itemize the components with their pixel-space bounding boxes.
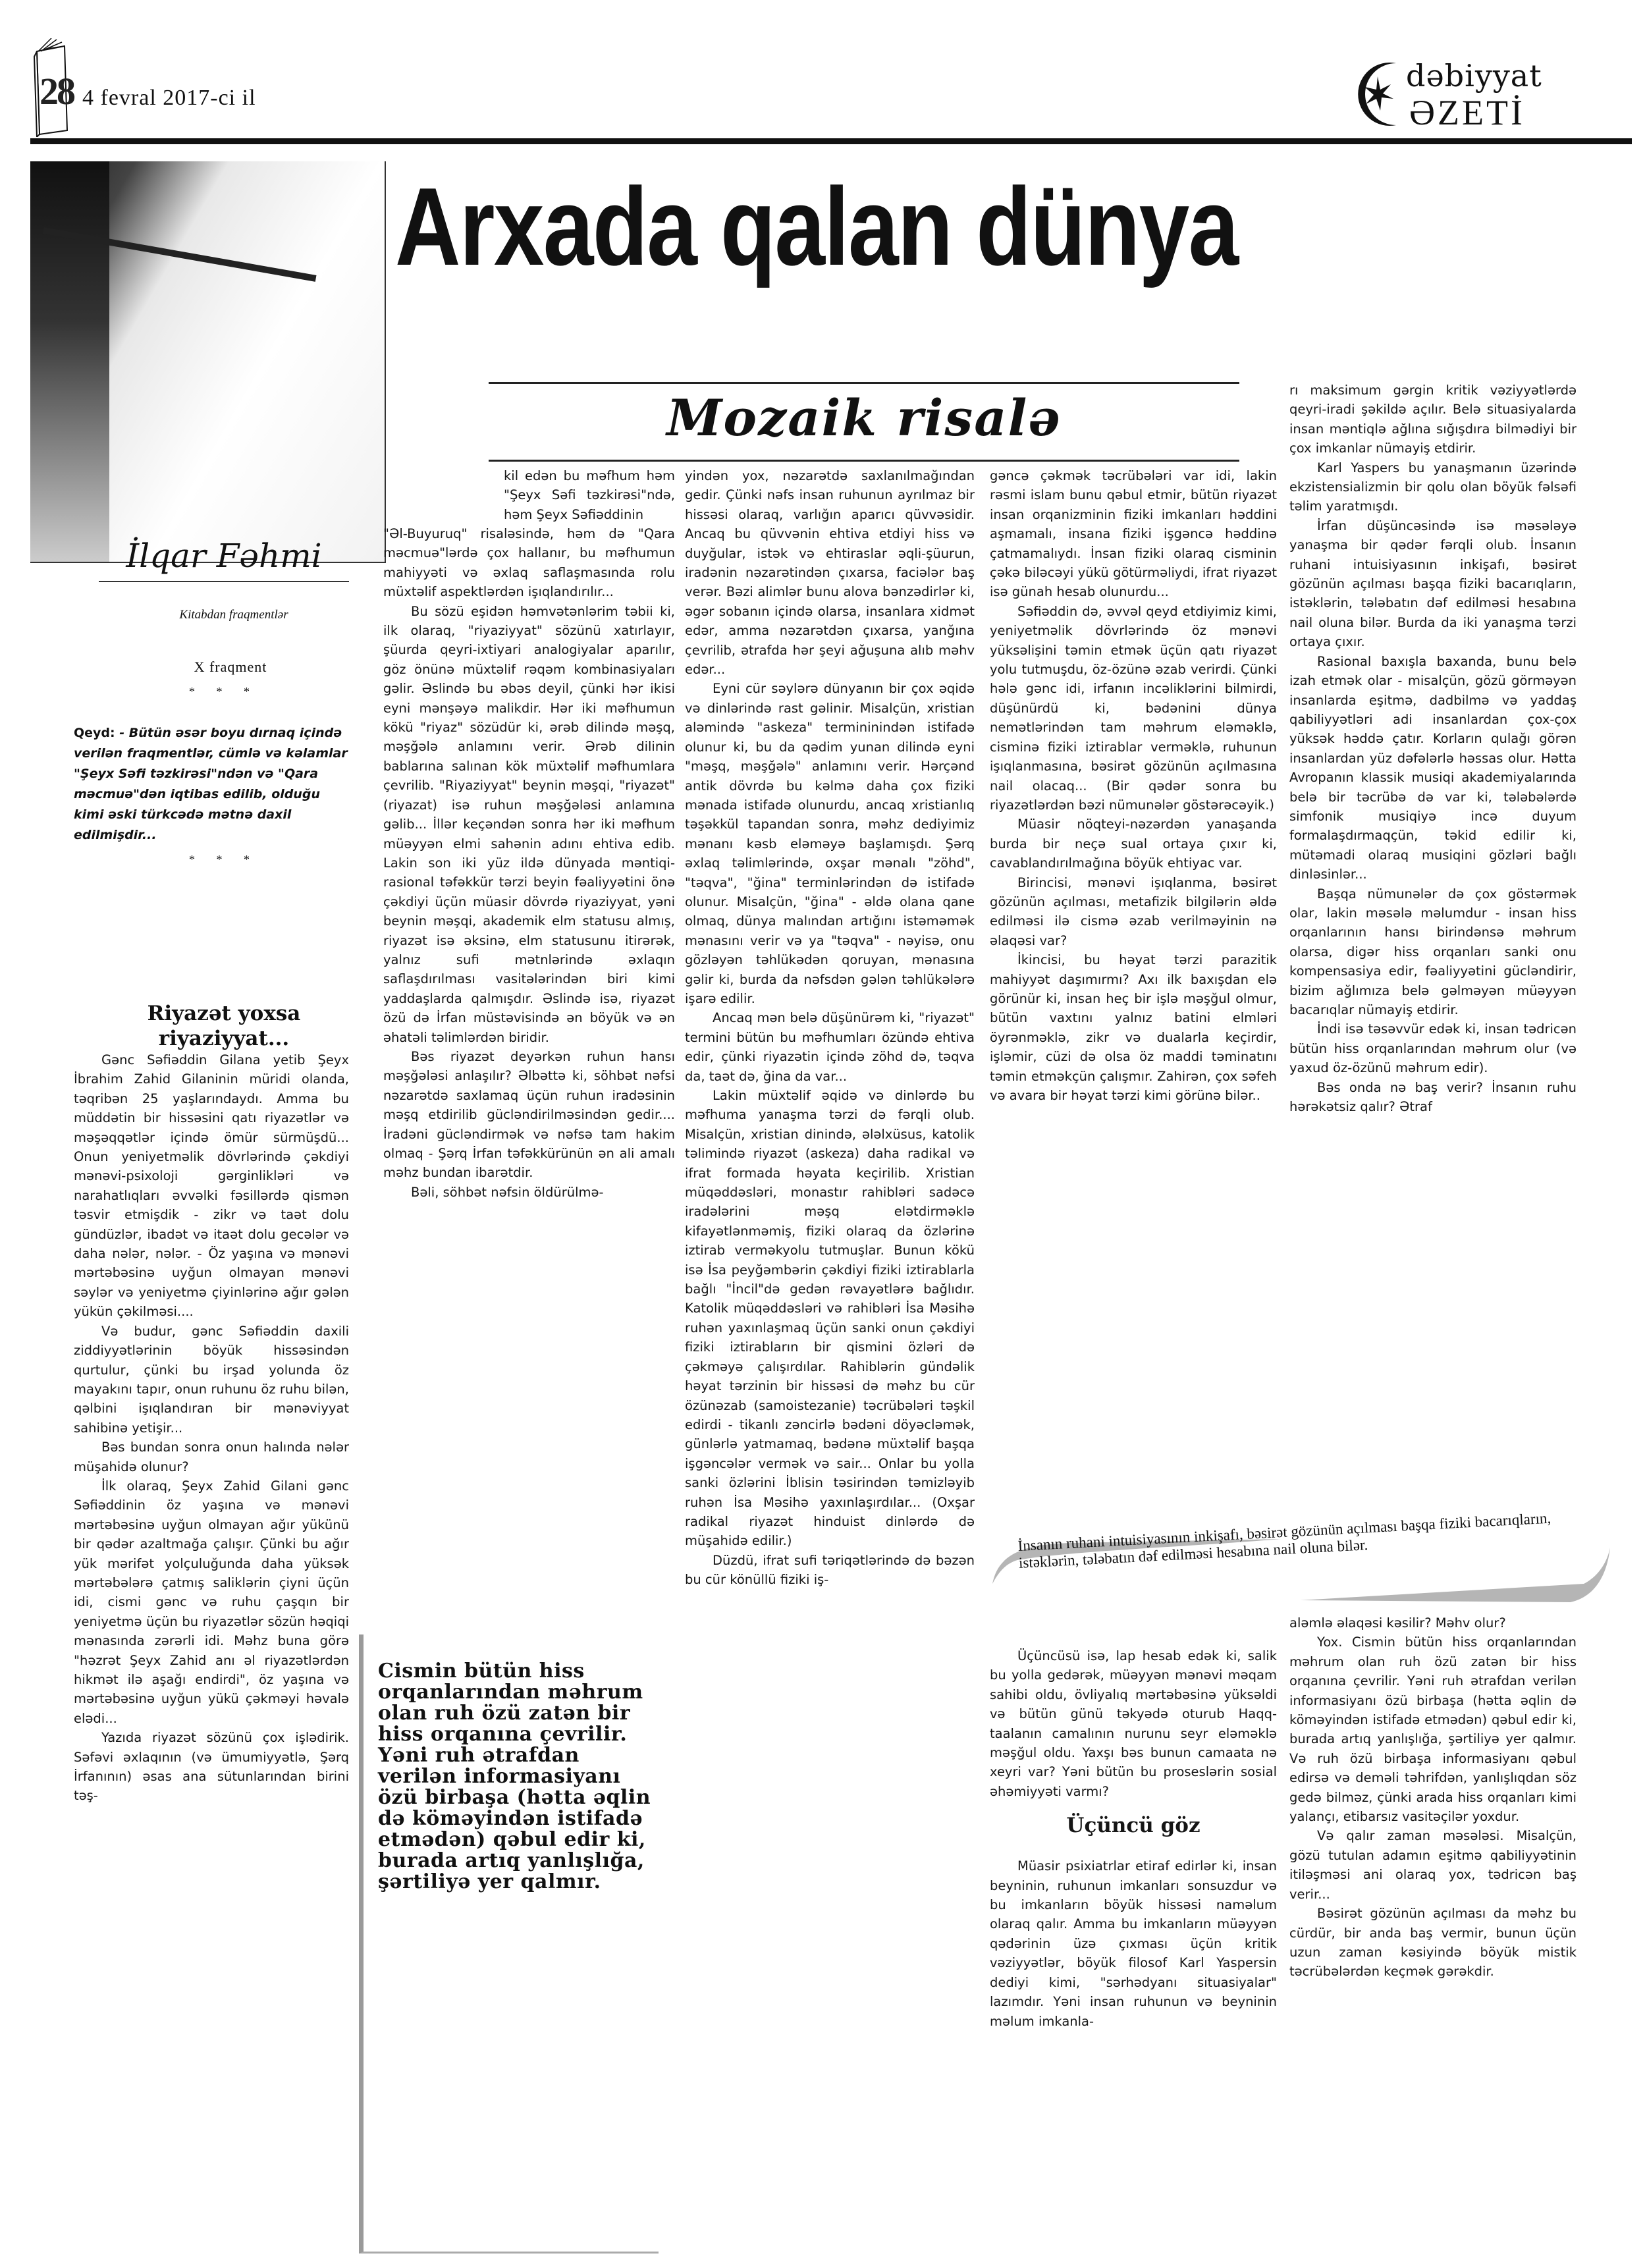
paragraph: Birincisi, mənəvi işıqlanma, bəsirət göz… — [990, 873, 1277, 951]
paragraph: yindən yox, nəzarətdə saxlanılmağından g… — [685, 466, 975, 679]
column-5: rı maksimum gərgin kritik vəziyyətlərdə … — [1289, 381, 1577, 1116]
paragraph: Yox. Cismin bütün hiss orqanlarından məh… — [1289, 1633, 1577, 1826]
editor-note: Qeyd: - Bütün əsər boyu dırnaq içində ve… — [74, 723, 349, 846]
paragraph: gəncə çəkmək təcrübələri var idi, lakin … — [990, 466, 1277, 602]
paragraph: rı maksimum gərgin kritik vəziyyətlərdə … — [1289, 381, 1577, 458]
newspaper-logo: dəbiyyat ƏZETİ — [1350, 58, 1627, 130]
paragraph: "Əl-Buyuruq" risaləsində, həm də "Qara m… — [383, 524, 675, 602]
paragraph: Bəs riyazət deyərkən ruhun hansı məşğələ… — [383, 1047, 675, 1183]
paragraph: Bəs onda nə baş verir? İnsanın ruhu hərə… — [1289, 1078, 1577, 1117]
paragraph: Yazıda riyazət sözünü çox işlədirik. Səf… — [74, 1728, 349, 1806]
paragraph: Karl Yaspers bu yanaşmanın üzərində ekzi… — [1289, 458, 1577, 516]
column-4: gəncə çəkmək təcrübələri var idi, lakin … — [990, 466, 1277, 1105]
paragraph: Bəsirət gözünün açılması da məhz bu cürd… — [1289, 1904, 1577, 1982]
author-rule — [99, 581, 349, 582]
paragraph: kil edən bu məfhum həm "Şeyx Səfi təzkir… — [504, 466, 675, 524]
issue-date: 4 fevral 2017-ci il — [82, 86, 256, 111]
header-rule — [30, 138, 1632, 144]
subtitle-rule-bottom — [489, 460, 1239, 462]
paragraph: İrfan düşüncəsində isə məsələyə yanaşma … — [1289, 516, 1577, 652]
author-name: İlqar Fəhmi — [99, 537, 349, 575]
pull-quote: Cismin bütün hiss orqanlarından məhrum o… — [359, 1634, 659, 2254]
paragraph: Səfiəddin də, əvvəl qeyd etdiyimiz kimi,… — [990, 602, 1277, 815]
paragraph: Ancaq mən belə düşünürəm ki, "riyazət" t… — [685, 1008, 975, 1086]
column-3: yindən yox, nəzarətdə saxlanılmağından g… — [685, 466, 975, 1590]
paragraph: Düzdü, ifrat sufi təriqətlərində də bəzə… — [685, 1551, 975, 1590]
logo-title-top: dəbiyyat — [1406, 58, 1542, 94]
paragraph: İndi isə təsəvvür edək ki, insan tədricə… — [1289, 1019, 1577, 1077]
paragraph: Gənc Səfiəddin Gilana yetib Şeyx İbrahim… — [74, 1050, 349, 1322]
column-5-bottom: aləmlə əlaqəsi kəsilir? Məhv olur? Yox. … — [1289, 1613, 1577, 1982]
paragraph: aləmlə əlaqəsi kəsilir? Məhv olur? — [1289, 1613, 1577, 1633]
kicker: Kitabdan fraqmentlər — [125, 608, 342, 622]
paragraph: Eyni cür səylərə dünyanın bir çox əqidə … — [685, 679, 975, 1008]
ribbon-quote: İnsanın ruhani intuisiyasının inkişafı, … — [991, 1538, 1623, 1604]
note-text: - Bütün əsər boyu dırnaq içində verilən … — [74, 726, 348, 842]
fragment-label: X fraqment — [119, 659, 342, 676]
column-4-bottom: Üçüncüsü isə, lap hesab edək ki, salik b… — [990, 1646, 1277, 2031]
section-title-1: Riyazət yoxsa riyaziyyat... — [99, 1001, 349, 1051]
page-number: 28 — [40, 69, 74, 113]
separator-stars: * * * — [158, 685, 290, 699]
column-2: "Əl-Buyuruq" risaləsində, həm də "Qara m… — [383, 524, 675, 1202]
paragraph: Rasional baxışla baxanda, bunu belə izah… — [1289, 652, 1577, 884]
separator-stars: * * * — [158, 853, 290, 867]
paragraph: Və qalır zaman məsələsi. Misalçün, gözü … — [1289, 1826, 1577, 1904]
paragraph: İkincisi, bu həyat tərzi parazitik mahiy… — [990, 950, 1277, 1105]
article-headline: Arxada qalan dünya — [395, 171, 1411, 282]
paragraph: Bu sözü eşidən həmvətənlərim təbii ki, i… — [383, 602, 675, 1047]
section-title-2: Üçüncü göz — [990, 1813, 1277, 1838]
paragraph: Və budur, gənc Səfiəddin daxili ziddiyyə… — [74, 1322, 349, 1438]
column-2-top: kil edən bu məfhum həm "Şeyx Səfi təzkir… — [504, 466, 675, 524]
paragraph: Bəs bundan sonra onun halında nələr müşa… — [74, 1438, 349, 1476]
paragraph: Müasir psixiatrlar etiraf edirlər ki, in… — [990, 1856, 1277, 2031]
logo-title-bottom: ƏZETİ — [1409, 92, 1525, 133]
paragraph: Bəli, söhbət nəfsin öldürülmə- — [383, 1183, 675, 1202]
article-subtitle: Mozaik risalə — [489, 389, 1239, 447]
note-label: Qeyd: — [74, 726, 115, 740]
column-1: Gənc Səfiəddin Gilana yetib Şeyx İbrahim… — [74, 1050, 349, 1806]
paragraph: Başqa nümunələr də çox göstərmək olar, l… — [1289, 884, 1577, 1020]
subtitle-rule-top — [489, 382, 1239, 384]
paragraph: İlk olaraq, Şeyx Zahid Gilani gənc Səfiə… — [74, 1476, 349, 1728]
paragraph: Üçüncüsü isə, lap hesab edək ki, salik b… — [990, 1646, 1277, 1801]
author-photo — [30, 161, 386, 563]
pull-quote-text: Cismin bütün hiss orqanlarından məhrum o… — [378, 1661, 659, 1893]
paragraph: Lakin müxtəlif əqidə və dinlərdə bu məfh… — [685, 1086, 975, 1551]
paragraph: Müasir nöqteyi-nəzərdən yanaşanda burda … — [990, 815, 1277, 873]
